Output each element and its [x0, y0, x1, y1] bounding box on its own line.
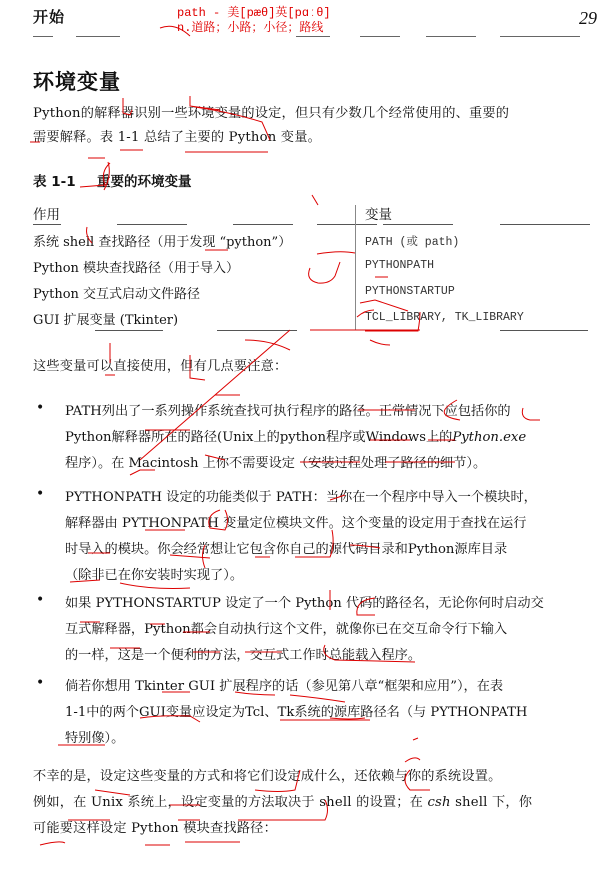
bullet-line: PATH列出了一系列操作系统查找可执行程序的路径。正常情况下应包括你的 — [65, 399, 581, 425]
table-title: 重要的环境变量 — [97, 174, 192, 190]
table-cell-variable: TCL_LIBRARY, TK_LIBRARY — [365, 311, 524, 324]
bullet-line: PYTHONPATH 设定的功能类似于 PATH：当你在一个程序中导入一个模块时… — [65, 485, 581, 511]
dictionary-tooltip: path - 美[pæθ]英[pɑːθ] n.道路；小路；小径；路线 — [177, 6, 331, 36]
bullet-icon: • — [36, 486, 44, 502]
table-bottom-rule — [217, 330, 297, 331]
closing-line: 不幸的是，设定这些变量的方式和将它们设定成什么，还依赖与你的系统设置。 — [33, 764, 581, 790]
section-title: 环境变量 — [33, 66, 121, 96]
bullet-line: 解释器由 PYTHONPATH 变量定位模块文件。这个变量的设定用于查找在运行 — [65, 511, 581, 537]
closing-paragraph: 不幸的是，设定这些变量的方式和将它们设定成什么，还依赖与你的系统设置。 例如，在… — [33, 764, 581, 842]
bullet-item: PATH列出了一系列操作系统查找可执行程序的路径。正常情况下应包括你的 Pyth… — [65, 399, 581, 477]
bullet-line: 程序）。在 Macintosh 上你不需要设定（安装过程处理了路径的细节）。 — [65, 451, 581, 477]
table-header-rule — [383, 224, 453, 225]
bullet-line: Python解释器所在的路径(Unix上的python程序或Windows上的 — [65, 430, 452, 445]
bullet-icon: • — [36, 400, 44, 416]
chapter-title: 开始 — [33, 6, 65, 27]
intro-line: 需要解释。表 1-1 总结了主要的 Python 变量。 — [33, 126, 581, 150]
table-cell-purpose: Python 模块查找路径（用于导入） — [33, 257, 239, 276]
table-header-purpose: 作用 — [33, 203, 60, 223]
bullet-line: 1-1中的两个GUI变量应设定为Tcl、Tk系统的源库路径名（与 PYTHONP… — [65, 700, 581, 726]
closing-line: 可能要这样设定 Python 模块查找路径： — [33, 816, 581, 842]
bullet-line: （除非已在你安装时实现了）。 — [65, 563, 581, 589]
intro-line: Python的解释器识别一些环境变量的设定，但只有少数几个经常使用的、重要的 — [33, 102, 581, 126]
intro-paragraph: Python的解释器识别一些环境变量的设定，但只有少数几个经常使用的、重要的 需… — [33, 102, 581, 150]
table-bottom-rule — [500, 330, 588, 331]
table-header-rule — [33, 224, 61, 225]
header-rule — [500, 36, 580, 37]
table-header-rule — [233, 224, 293, 225]
notes-intro: 这些变量可以直接使用，但有几点要注意： — [33, 355, 581, 379]
table-header-variable: 变量 — [365, 203, 392, 223]
bullet-item: 如果 PYTHONSTARTUP 设定了一个 Python 代码的路径名，无论你… — [65, 591, 581, 669]
bullet-icon: • — [36, 675, 44, 691]
closing-line: 例如，在 Unix 系统上，设定变量的方法取决于 shell 的设置；在 — [33, 795, 427, 810]
bullet-line: 的一样，这是一个便利的方法，交互式工作时总能载入程序。 — [65, 643, 581, 669]
tooltip-pronunciation: path - 美[pæθ]英[pɑːθ] — [177, 6, 331, 21]
table-cell-variable: PYTHONPATH — [365, 259, 434, 272]
bullet-italic: Python.exe — [452, 430, 526, 445]
table-header-rule — [117, 224, 187, 225]
page-number: 29 — [579, 8, 597, 29]
table-column-divider — [355, 205, 356, 330]
bullet-line: 倘若你想用 Tkinter GUI 扩展程序的话（参见第八章“框架和应用”），在… — [65, 674, 581, 700]
table-cell-variable: PATH (或 path) — [365, 233, 459, 249]
table-cell-purpose: 系统 shell 查找路径（用于发现 “python”） — [33, 231, 291, 250]
header-rule — [296, 36, 330, 37]
bullet-line: 如果 PYTHONSTARTUP 设定了一个 Python 代码的路径名，无论你… — [65, 591, 581, 617]
bullet-item: PYTHONPATH 设定的功能类似于 PATH：当你在一个程序中导入一个模块时… — [65, 485, 581, 589]
table-header-rule — [500, 224, 590, 225]
table-caption: 表 1-1重要的环境变量 — [33, 170, 192, 190]
bullet-line: 互式解释器，Python都会自动执行这个文件，就像你已在交互命令行下输入 — [65, 617, 581, 643]
bullet-icon: • — [36, 592, 44, 608]
bullet-line: 特别像）。 — [65, 726, 581, 752]
header-rule — [33, 36, 53, 37]
table-bottom-rule — [95, 330, 163, 331]
bullet-item: 倘若你想用 Tkinter GUI 扩展程序的话（参见第八章“框架和应用”），在… — [65, 674, 581, 752]
header-rule — [426, 36, 476, 37]
bullet-line: 时导入的模块。你会经常想让它包含你自己的源代码目录和Python源库目录 — [65, 537, 581, 563]
table-cell-purpose: Python 交互式启动文件路径 — [33, 283, 200, 302]
tooltip-definition: n.道路；小路；小径；路线 — [177, 21, 331, 36]
table-number: 表 1-1 — [33, 170, 97, 190]
table-header-rule — [317, 224, 377, 225]
header-rule — [360, 36, 400, 37]
header-rule — [76, 36, 120, 37]
table-cell-purpose: GUI 扩展变量 (Tkinter) — [33, 309, 178, 328]
closing-line: shell 下，你 — [451, 795, 532, 810]
table-cell-variable: PYTHONSTARTUP — [365, 285, 455, 298]
closing-italic: csh — [427, 795, 450, 810]
